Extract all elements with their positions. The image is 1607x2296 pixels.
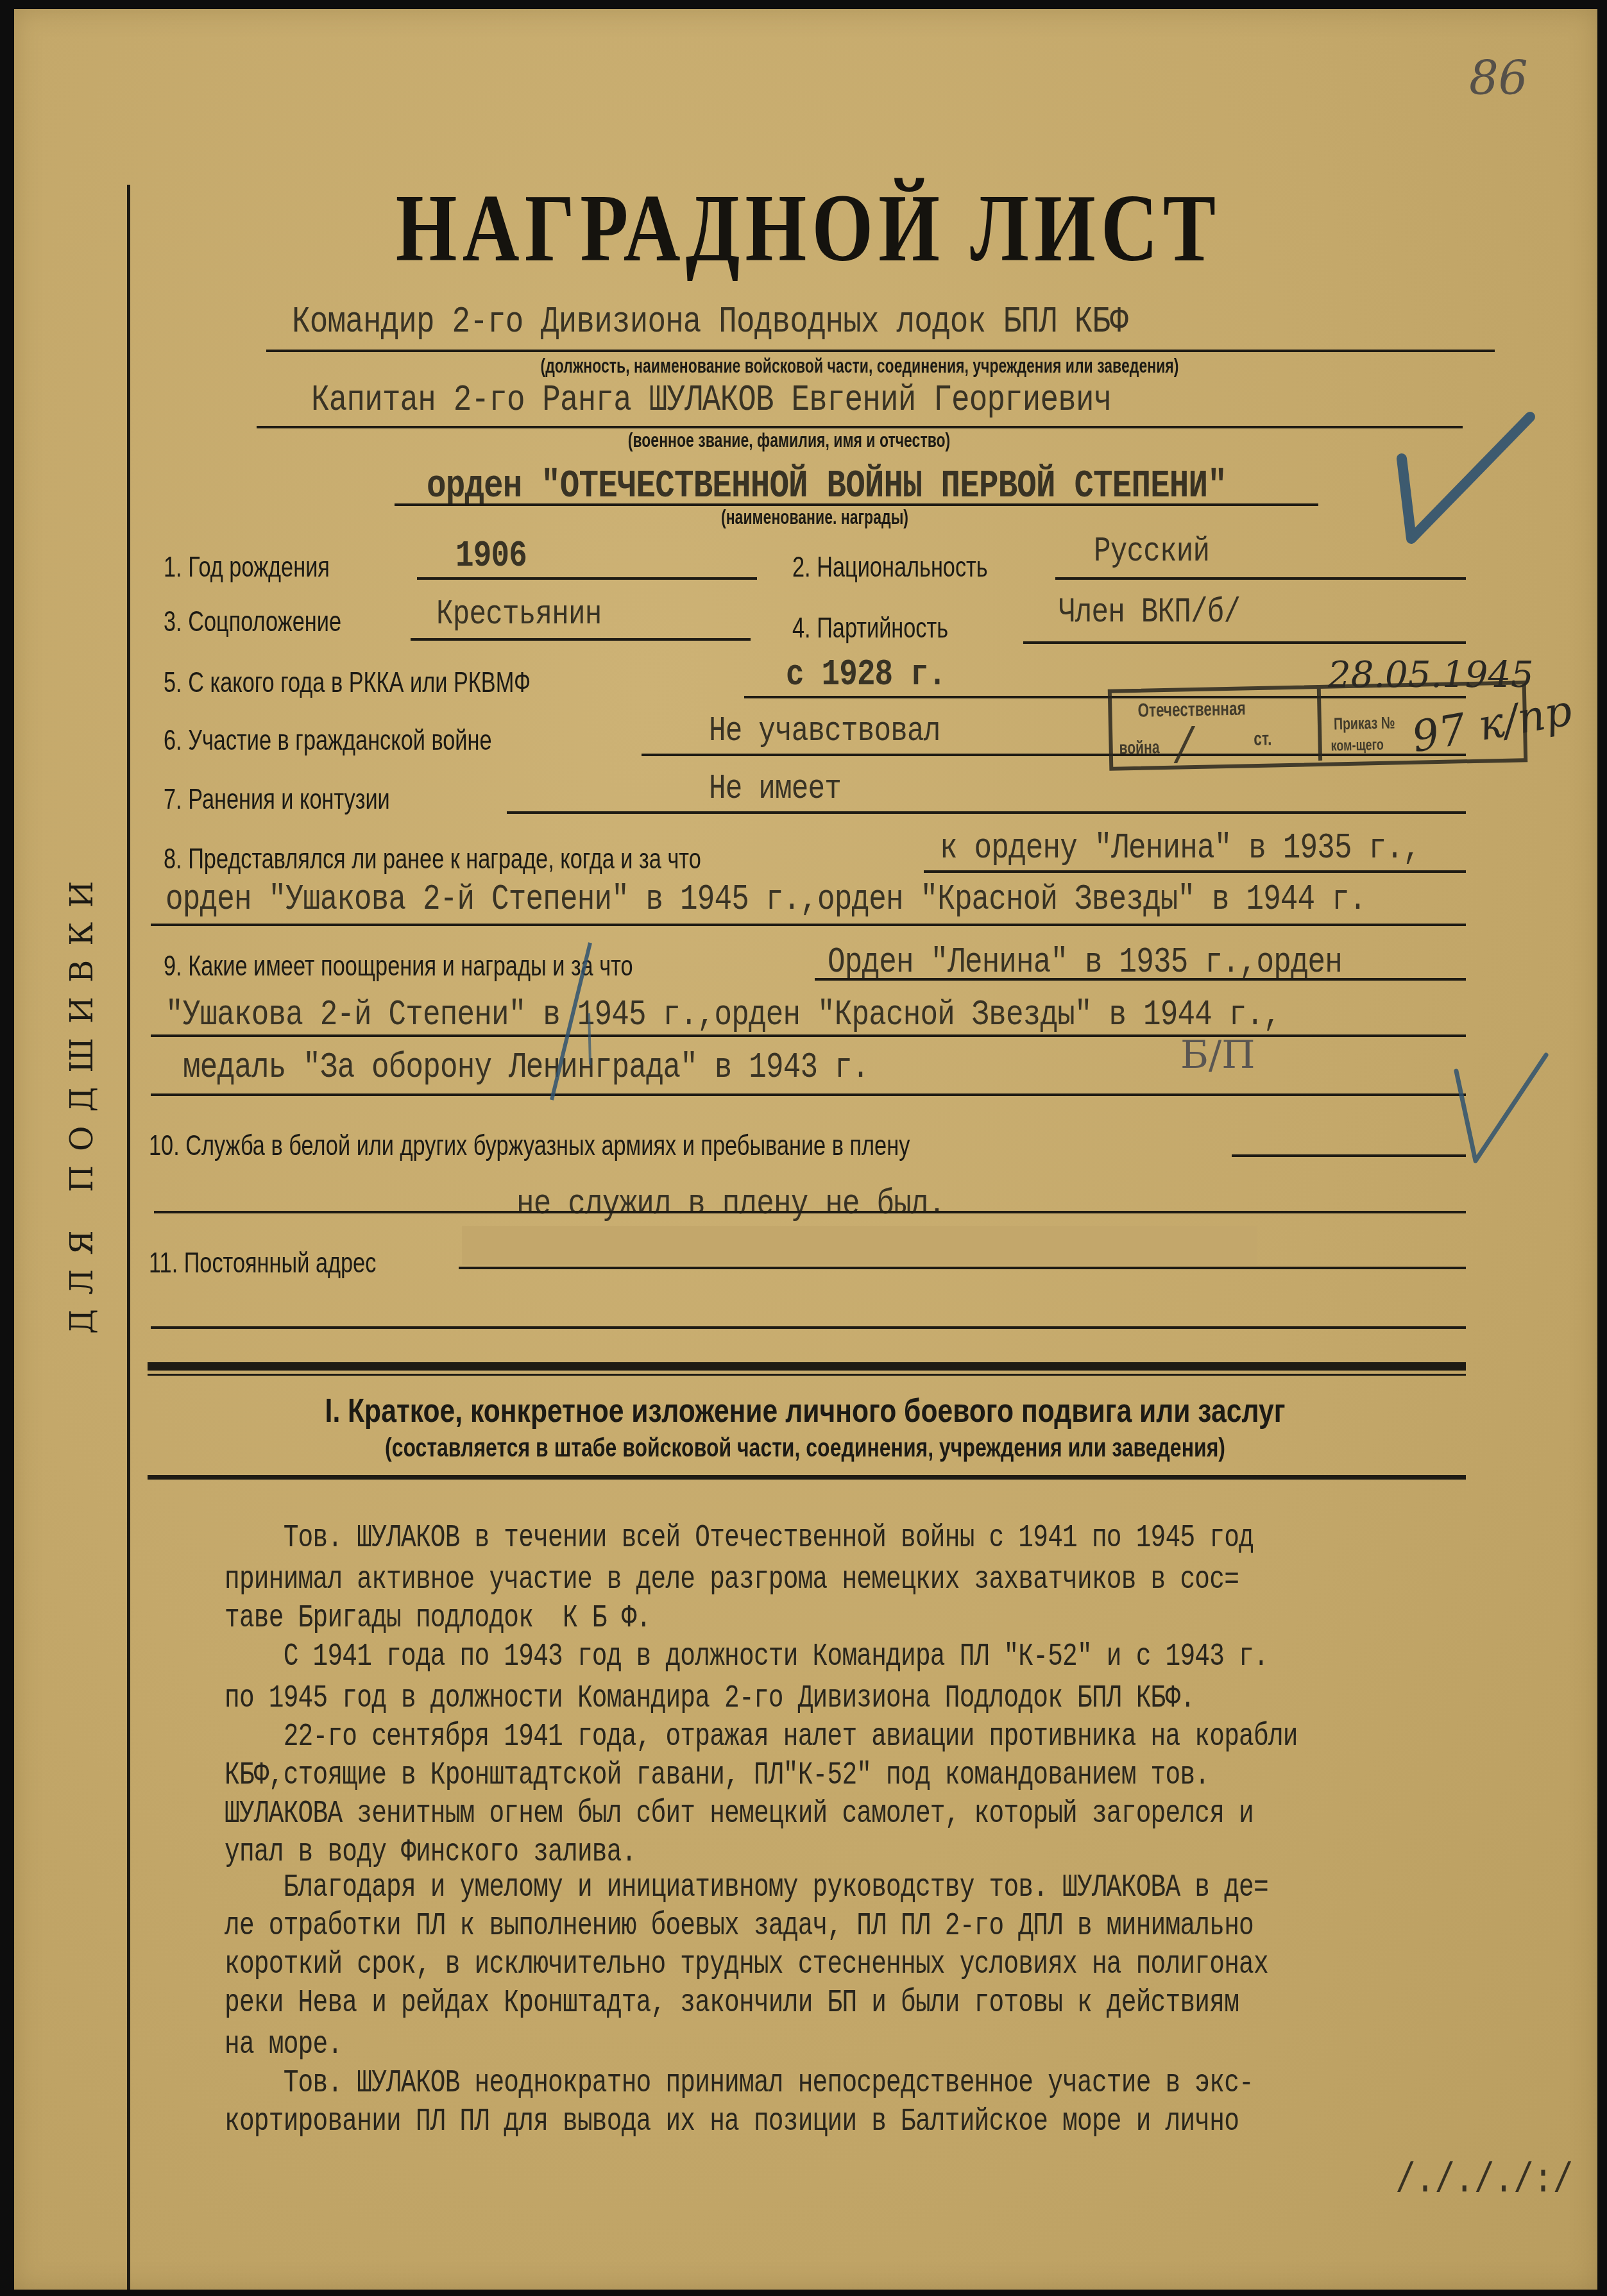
social-origin-label: 3. Соцположение	[164, 606, 341, 638]
awards-held-value-2: "Ушакова 2-й Степени" в 1945 г.,орден "К…	[166, 994, 1280, 1035]
body-line: на море.	[225, 2027, 342, 2063]
social-origin-value: Крестьянин	[436, 595, 602, 634]
document-title: НАГРАДНОЙ ЛИСТ	[335, 173, 1282, 283]
nationality-value: Русский	[1094, 532, 1209, 571]
body-line: Благодаря и умелому и инициативному руко…	[225, 1870, 1268, 1906]
body-line: принимал активное участие в деле разгром…	[225, 1562, 1239, 1598]
service-since-label: 5. С какого года в РККА или РКВМФ	[164, 667, 531, 699]
address-redaction	[462, 1226, 1257, 1265]
prior-nominations-label: 8. Представлялся ли ранее к награде, ког…	[164, 843, 701, 875]
body-line: КБФ,стоящие в Кронштадтской гавани, ПЛ"К…	[225, 1757, 1209, 1794]
bp-annotation: Б/П	[1180, 1033, 1255, 1077]
prior-nominations-underline-2	[151, 924, 1466, 926]
wounds-label: 7. Ранения и контузии	[164, 784, 390, 816]
party-value: Член ВКП/б/	[1059, 593, 1240, 632]
body-line: Тов. ШУЛАКОВ неоднократно принимал непос…	[225, 2065, 1254, 2102]
foreign-service-value: не служил в плену не был.	[516, 1183, 945, 1224]
wounds-underline	[507, 811, 1466, 814]
social-origin-underline	[411, 638, 751, 641]
prior-nominations-value-1: к ордену "Ленина" в 1935 г.,	[940, 827, 1420, 868]
body-line: ле отработки ПЛ к выполнению боевых зада…	[225, 1908, 1254, 1945]
awards-held-underline-1	[815, 978, 1466, 981]
body-line: таве Бригады подлодок К Б Ф.	[225, 1600, 651, 1637]
footer-marks: /./././:/	[1395, 2158, 1572, 2204]
blue-checkmark-icon	[1450, 1052, 1552, 1167]
civil-war-value: Не учавствовал	[709, 712, 940, 751]
foreign-service-underline-2	[154, 1211, 1466, 1213]
body-line: короткий срок, в исключительно трудных с…	[225, 1946, 1268, 1983]
wounds-value: Не имеет	[709, 770, 841, 809]
foreign-service-label: 10. Служба в белой или других буржуазных…	[149, 1130, 910, 1162]
body-line: кортировании ПЛ ПЛ для вывода их на пози…	[225, 2104, 1239, 2140]
rank-name-value: Капитан 2-го Ранга ШУЛАКОВ Евгений Георг…	[311, 380, 1111, 421]
prior-nominations-value-2: орден "Ушакова 2-й Степени" в 1945 г.,ор…	[166, 879, 1366, 920]
birth-year-label: 1. Год рождения	[164, 552, 330, 584]
section-heading: I. Краткое, конкретное изложение личного…	[266, 1392, 1345, 1430]
body-line: С 1941 года по 1943 год в должности Кома…	[225, 1639, 1268, 1675]
section-subheading: (составляется в штабе войсковой части, с…	[279, 1434, 1331, 1463]
awards-held-underline-2	[151, 1034, 1466, 1037]
address-label: 11. Постоянный адрес	[149, 1247, 376, 1279]
position-underline	[266, 350, 1495, 352]
body-line: 22-го сентября 1941 года, отражая налет …	[225, 1719, 1298, 1755]
body-line: по 1945 год в должности Командира 2-го Д…	[225, 1680, 1195, 1717]
stamp-degree-label: ст.	[1254, 729, 1272, 751]
body-line: упал в воду Финского залива.	[225, 1834, 636, 1871]
stamp-degree-mark: /	[1177, 717, 1193, 770]
party-label: 4. Партийность	[792, 612, 948, 645]
birth-year-underline	[417, 577, 757, 580]
rank-name-caption: (военное звание, фамилия, имя и отчество…	[544, 428, 1033, 452]
award-caption: (наименование. награды)	[653, 505, 976, 529]
awards-held-value-1: Орден "Ленина" в 1935 г.,орден	[828, 941, 1342, 983]
section-bottom-rule	[148, 1475, 1466, 1480]
civil-war-label: 6. Участие в гражданской войне	[164, 725, 492, 757]
foreign-service-underline-1	[1232, 1154, 1466, 1157]
birth-year-value: 1906	[455, 536, 527, 577]
address-underline-2	[151, 1326, 1466, 1329]
section-top-rule	[148, 1362, 1466, 1371]
blue-checkmark-icon	[1392, 410, 1540, 571]
address-underline-1	[459, 1267, 1466, 1269]
blue-pencil-stroke-icon	[545, 940, 597, 1106]
binding-margin-label: ДЛЯ ПОДШИВКИ	[64, 867, 100, 1334]
binding-margin-line	[127, 185, 130, 2290]
body-line: реки Нева и рейдах Кронштадта, закончили…	[225, 1985, 1239, 2022]
nationality-underline	[1055, 577, 1466, 580]
stamp-order-label: Приказ №	[1334, 713, 1395, 734]
stamp-commander-label: ком-щего	[1331, 736, 1384, 755]
body-line: ШУЛАКОВА зенитным огнем был сбит немецки…	[225, 1796, 1254, 1832]
award-value: орден "ОТЕЧЕСТВЕННОЙ ВОЙНЫ ПЕРВОЙ СТЕПЕН…	[427, 463, 1227, 509]
awards-held-value-3: медаль "За оборону Ленинграда" в 1943 г.	[183, 1047, 869, 1088]
nationality-label: 2. Национальность	[792, 552, 988, 584]
body-line: Тов. ШУЛАКОВ в течении всей Отечественно…	[225, 1520, 1254, 1557]
position-value: Командир 2-го Дивизиона Подводных лодок …	[292, 301, 1128, 343]
section-top-rule-inner	[148, 1374, 1466, 1376]
stamp-date: 28.05.1945	[1328, 654, 1534, 696]
stamp-war-word: война	[1119, 737, 1159, 758]
position-caption: (должность, наименование войсковой части…	[453, 354, 1266, 378]
awards-held-underline-3	[151, 1093, 1466, 1096]
party-underline	[1023, 641, 1466, 644]
page-number: 86	[1469, 51, 1528, 105]
prior-nominations-underline-1	[924, 870, 1466, 873]
service-since-value: с 1928 г.	[786, 654, 946, 696]
